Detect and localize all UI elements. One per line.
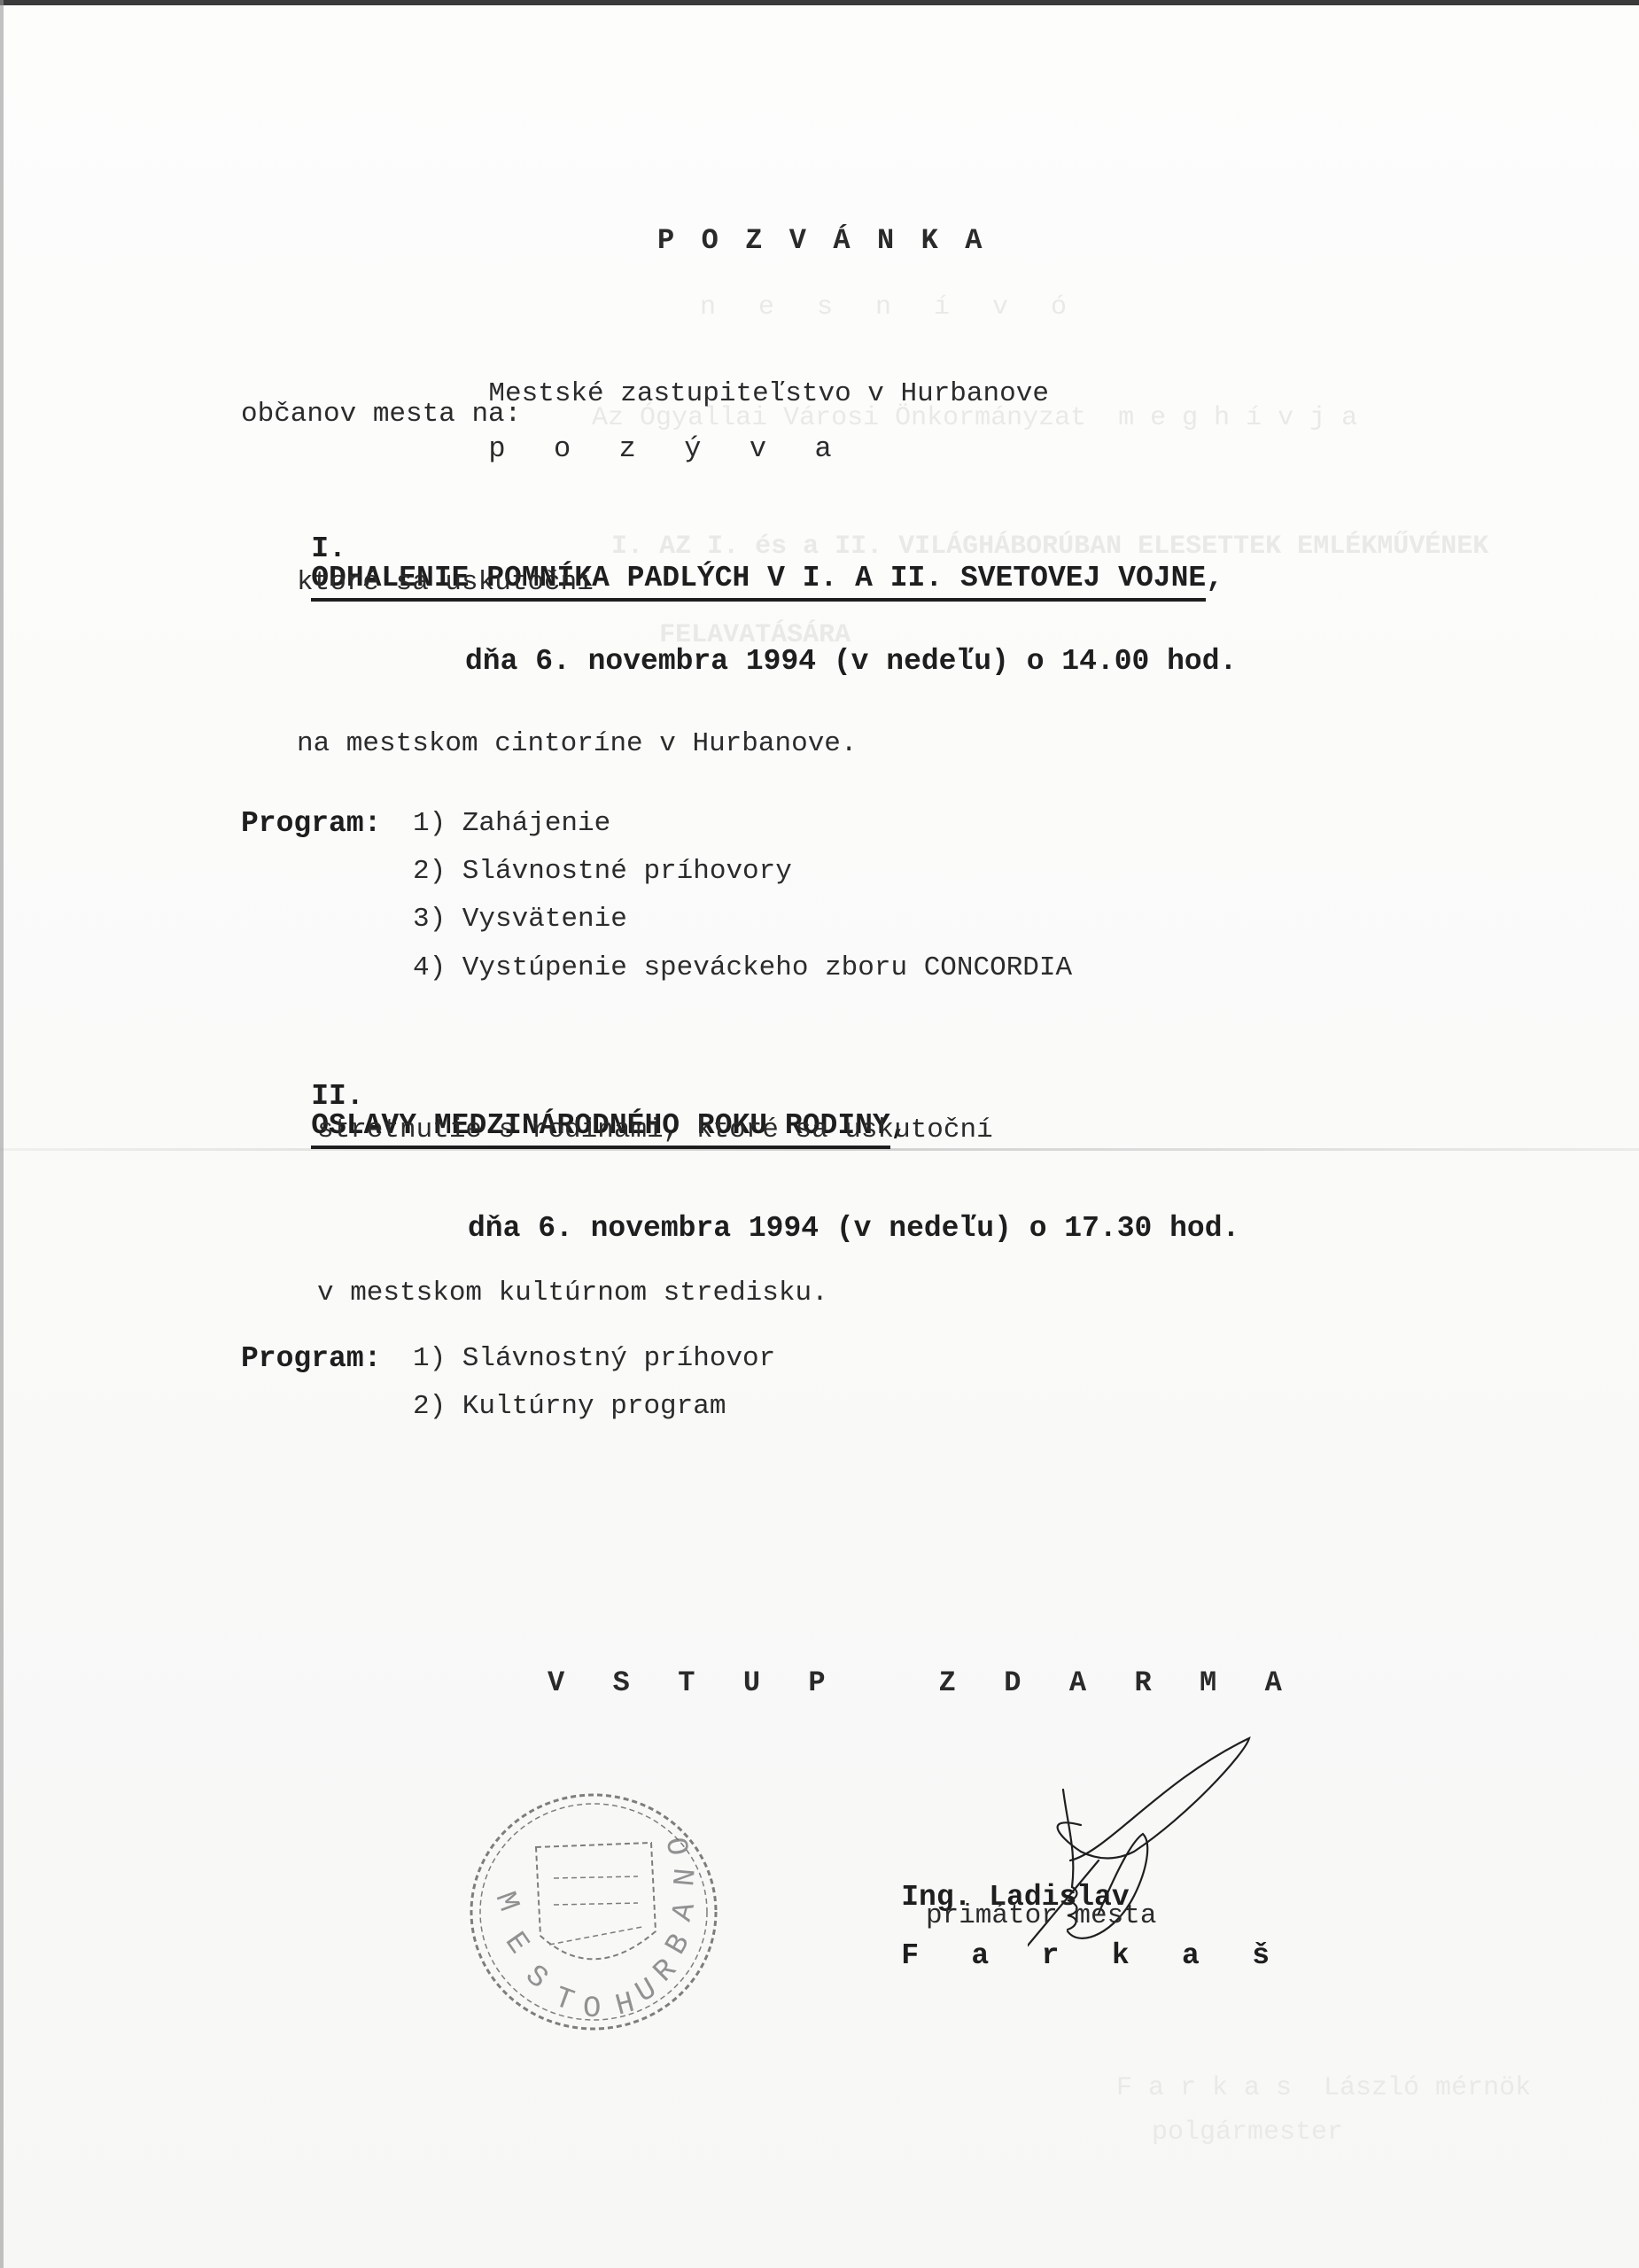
event-2-program-item: 2) Kultúrny program	[413, 1393, 726, 1420]
event-2-program-label: Program:	[241, 1344, 381, 1373]
svg-text:M: M	[487, 1888, 525, 1916]
svg-text:N: N	[669, 1867, 704, 1888]
event-2-number: II.	[311, 1080, 363, 1113]
event-1-program-item: 1) Zahájenie	[413, 810, 610, 837]
event-1-program-item: 2) Slávnostné príhovory	[413, 858, 792, 885]
event-2-date: dňa 6. novembra 1994 (v nedeľu) o 17.30 …	[468, 1214, 1239, 1243]
svg-text:O: O	[663, 1834, 699, 1858]
scanned-page: n e s n í v ó Az Ógyallai Városi Önkormá…	[0, 0, 1639, 2268]
event-1-program-item: 3) Vysvätenie	[413, 905, 627, 933]
official-stamp: MESTO HURBANOVO M E S T O H U R B A N O	[461, 1781, 726, 2038]
document-title: POZVÁNKA	[657, 227, 1009, 255]
svg-text:A: A	[666, 1899, 703, 1925]
show-through-text: polgármester	[1152, 2117, 1343, 2148]
show-through-text: n e s n í v ó	[700, 292, 1080, 322]
svg-text:U: U	[631, 1972, 664, 2010]
signatory-role: primátor mesta	[926, 1902, 1156, 1930]
event-2-lead: stretnutie s rodinami, ktoré sa uskutočn…	[317, 1116, 993, 1144]
intro-sender: Mestské zastupiteľstvo v Hurbanove	[488, 378, 1049, 409]
event-1-date: dňa 6. novembra 1994 (v nedeľu) o 14.00 …	[465, 647, 1237, 676]
event-1-number: I.	[311, 532, 346, 565]
scan-left-edge	[0, 0, 4, 2268]
svg-text:E: E	[497, 1927, 535, 1961]
event-1-lead: ktoré sa uskutoční	[297, 569, 594, 596]
event-1-place: na mestskom cintoríne v Hurbanove.	[297, 730, 858, 757]
svg-text:T: T	[549, 1982, 578, 2020]
event-1-heading-row: I. ODHALENIE POMNÍKA PADLÝCH V I. A II. …	[241, 505, 1223, 622]
svg-text:R: R	[648, 1953, 684, 1989]
event-2-program-item: 1) Slávnostný príhovor	[413, 1345, 775, 1372]
event-2-heading-row: II. OSLAVY MEDZINÁRODNÉHO ROKU RODINY,	[241, 1052, 908, 1169]
svg-text:O: O	[583, 1992, 601, 2026]
svg-text:B: B	[660, 1929, 698, 1961]
intro-line-2: občanov mesta na:	[241, 400, 521, 428]
event-1-program-item: 4) Vystúpenie speváckeho zboru CONCORDIA	[413, 954, 1072, 982]
show-through-text: F a r k a s László mérnök	[1116, 2073, 1531, 2103]
admission-free: V S T U P Z D A R M A	[548, 1669, 1297, 1697]
event-2-place: v mestskom kultúrnom stredisku.	[317, 1279, 828, 1307]
intro-verb: p o z ý v a	[488, 432, 847, 465]
signatory-surname: F a r k a š	[901, 1939, 1287, 1972]
svg-text:S: S	[518, 1959, 554, 1996]
scan-top-edge	[0, 0, 1639, 5]
event-1-program-label: Program:	[241, 809, 381, 838]
